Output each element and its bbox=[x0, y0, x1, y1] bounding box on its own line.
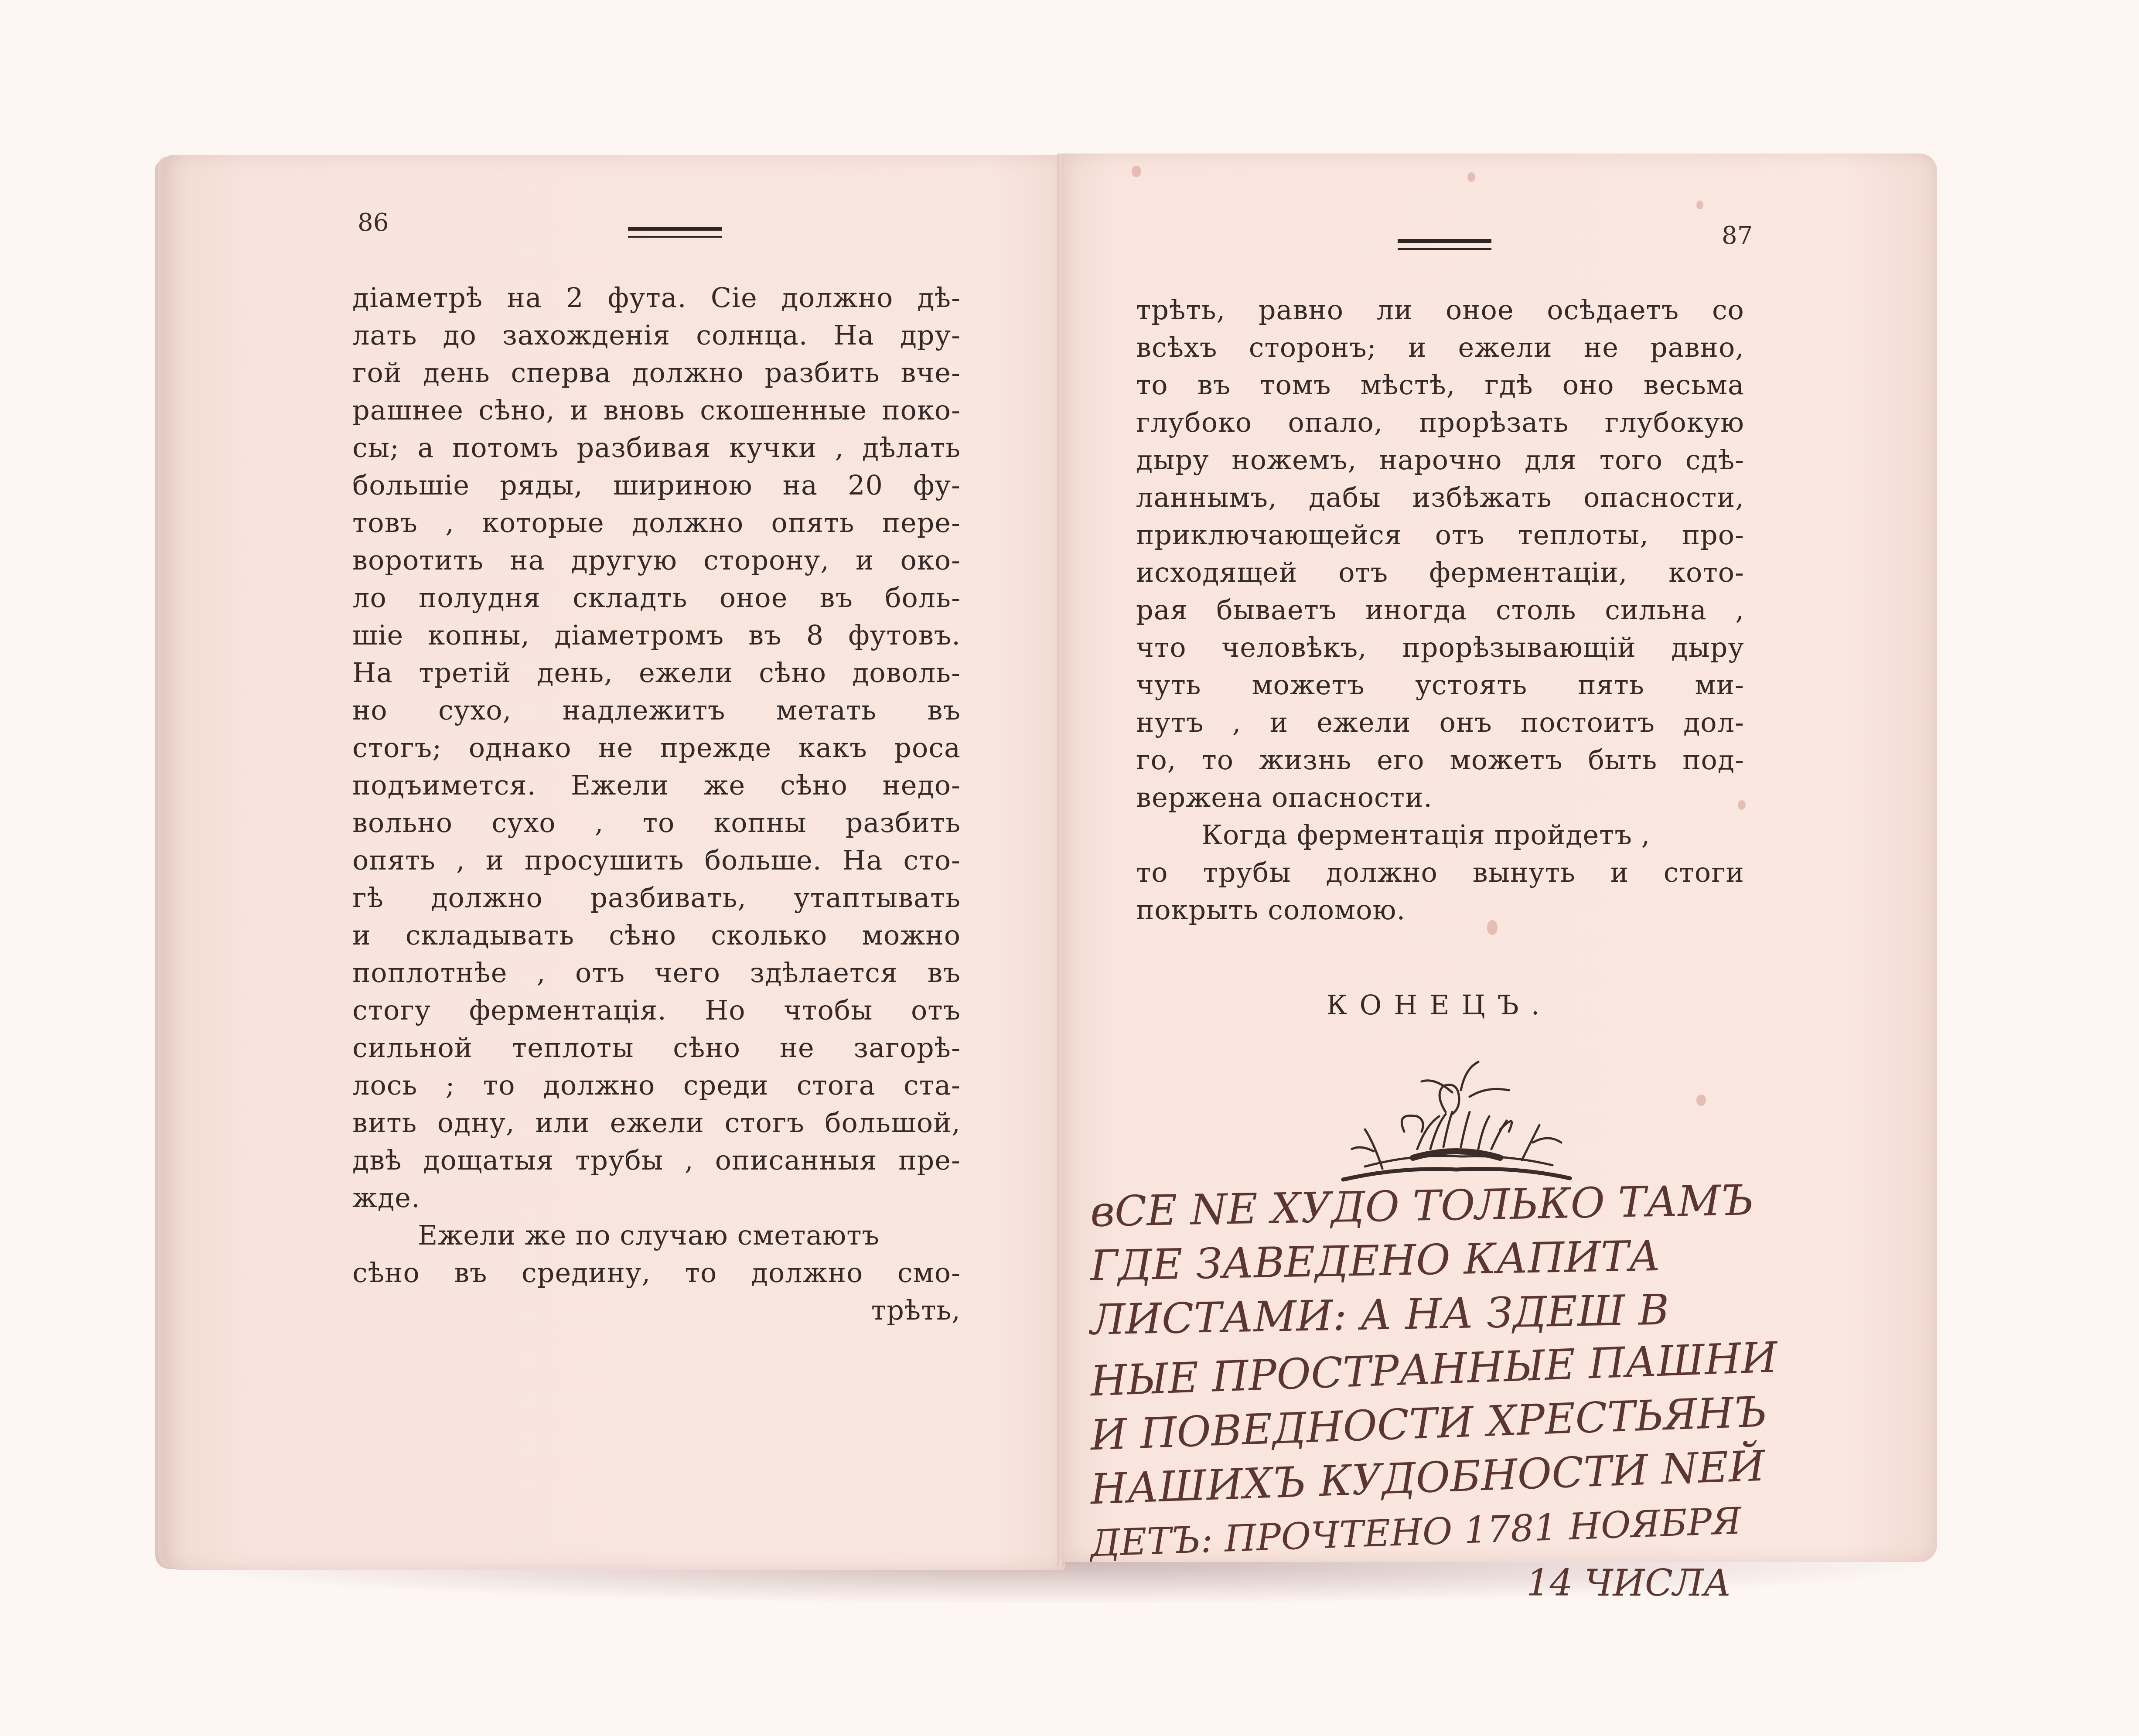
foxing-stain bbox=[1132, 166, 1141, 177]
text-line: рашнеесѣно,ивновьскошенныепоко- bbox=[352, 392, 961, 429]
text-line: лось;тодолжносредистогаста- bbox=[352, 1067, 961, 1104]
text-line: жде. bbox=[352, 1179, 961, 1217]
text-line: товътомъмѣстѣ,гдѣоновесьма bbox=[1136, 366, 1744, 404]
text-line: воротитьнадругуюсторону,иоко- bbox=[352, 542, 961, 579]
text-line: носухо,надлежитъметатьвъ bbox=[352, 692, 961, 729]
text-line: діаметрѣна2фута.Сіедолжнодѣ- bbox=[352, 279, 961, 317]
text-line: сы;апотомъразбиваякучки,дѣлать bbox=[352, 429, 961, 467]
text-line: стогуферментація.Ночтобыотъ bbox=[352, 992, 961, 1029]
text-line: товъ,которыедолжноопятьпере- bbox=[352, 504, 961, 542]
text-line: исходящейотъферментаціи,кото- bbox=[1136, 554, 1744, 591]
text-line: нутъ,иежелионъпостоитъдол- bbox=[1136, 704, 1744, 741]
text-line: глубокоопало,прорѣзатьглубокую bbox=[1136, 404, 1744, 441]
text-line: подъимется.Ежелижесѣнонедо- bbox=[352, 767, 961, 804]
text-line: большіеряды,шириноюна20фу- bbox=[352, 467, 961, 504]
text-line: стогъ;однаконепреждекакъроса bbox=[352, 729, 961, 767]
text-line: опять,ипросушитьбольше.Насто- bbox=[352, 842, 961, 879]
text-line: вержена опасности. bbox=[1136, 779, 1744, 816]
text-line: Ежели же по случаю сметаютъ bbox=[352, 1217, 961, 1254]
text-line: латьдозахожденіясолнца.Надру- bbox=[352, 317, 961, 354]
handwritten-inscription: вСЕ NЕ ХУДО ТОЛЬКО ТАМЪ ГДЕ ЗАВЕДЕНО КАП… bbox=[1090, 1177, 1927, 1610]
text-line: тотрубыдолжновынутьистоги bbox=[1136, 854, 1744, 891]
foxing-stain bbox=[1696, 201, 1703, 209]
page-number-left: 86 bbox=[358, 208, 389, 237]
text-line: гойденьспервадолжноразбитьвче- bbox=[352, 354, 961, 392]
text-line: лополудняскладтьоноевъболь- bbox=[352, 579, 961, 617]
left-page-text: діаметрѣна2фута.Сіедолжнодѣ- латьдозахож… bbox=[352, 279, 961, 1329]
right-page-text: трѣть,равнолионоеосѣдаетъсо всѣхъсторонъ… bbox=[1136, 291, 1744, 929]
text-line: всѣхъсторонъ;иежелинеравно, bbox=[1136, 329, 1744, 366]
page-number-right: 87 bbox=[1722, 222, 1753, 250]
finis-heading: КОНЕЦЪ. bbox=[1134, 989, 1744, 1021]
text-line: ланнымъ,дабыизбѣжатьопасности, bbox=[1136, 479, 1744, 516]
text-line: вольносухо,токопныразбить bbox=[352, 804, 961, 842]
foxing-stain bbox=[1467, 172, 1475, 182]
text-line: приключающейсяотътеплоты,про- bbox=[1136, 516, 1744, 554]
text-line: дыруножемъ,нарочнодлятогосдѣ- bbox=[1136, 441, 1744, 479]
header-rule-right bbox=[1398, 239, 1491, 250]
text-line: го,тожизньегоможетъбытьпод- bbox=[1136, 741, 1744, 779]
text-line: Натретійдень,ежелисѣнодоволь- bbox=[352, 654, 961, 692]
text-line: шіекопны,діаметромъвъ8футовъ. bbox=[352, 617, 961, 654]
foxing-stain bbox=[1696, 1095, 1706, 1106]
text-line: двѣдощатыятрубы,описанныяпре- bbox=[352, 1142, 961, 1179]
text-line: покрыть соломою. bbox=[1136, 891, 1744, 929]
text-line: Когда ферментація пройдетъ , bbox=[1136, 816, 1744, 854]
catchword: трѣть, bbox=[352, 1292, 961, 1329]
text-line: чутьможетъустоятьпятьми- bbox=[1136, 666, 1744, 704]
text-line: витьодну,илиежелистогъбольшой, bbox=[352, 1104, 961, 1142]
text-line: чточеловѣкъ,прорѣзывающійдыру bbox=[1136, 629, 1744, 666]
header-rule-left bbox=[628, 227, 722, 238]
text-line: сѣновъсредину,тодолжносмо- bbox=[352, 1254, 961, 1292]
foxing-stain bbox=[1738, 800, 1746, 810]
text-line: сильнойтеплотысѣнонезагорѣ- bbox=[352, 1029, 961, 1067]
text-line: искладыватьсѣносколькоможно bbox=[352, 917, 961, 954]
foxing-stain bbox=[1487, 920, 1498, 935]
text-line: трѣть,равнолионоеосѣдаетъсо bbox=[1136, 291, 1744, 329]
text-line: гѣдолжноразбивать,утаптывать bbox=[352, 879, 961, 917]
flower-basket-vignette-icon bbox=[1334, 1055, 1579, 1182]
text-line: раябываетъиногдастольсильна, bbox=[1136, 591, 1744, 629]
text-line: поплотнѣе,отъчегоздѣлаетсявъ bbox=[352, 954, 961, 992]
